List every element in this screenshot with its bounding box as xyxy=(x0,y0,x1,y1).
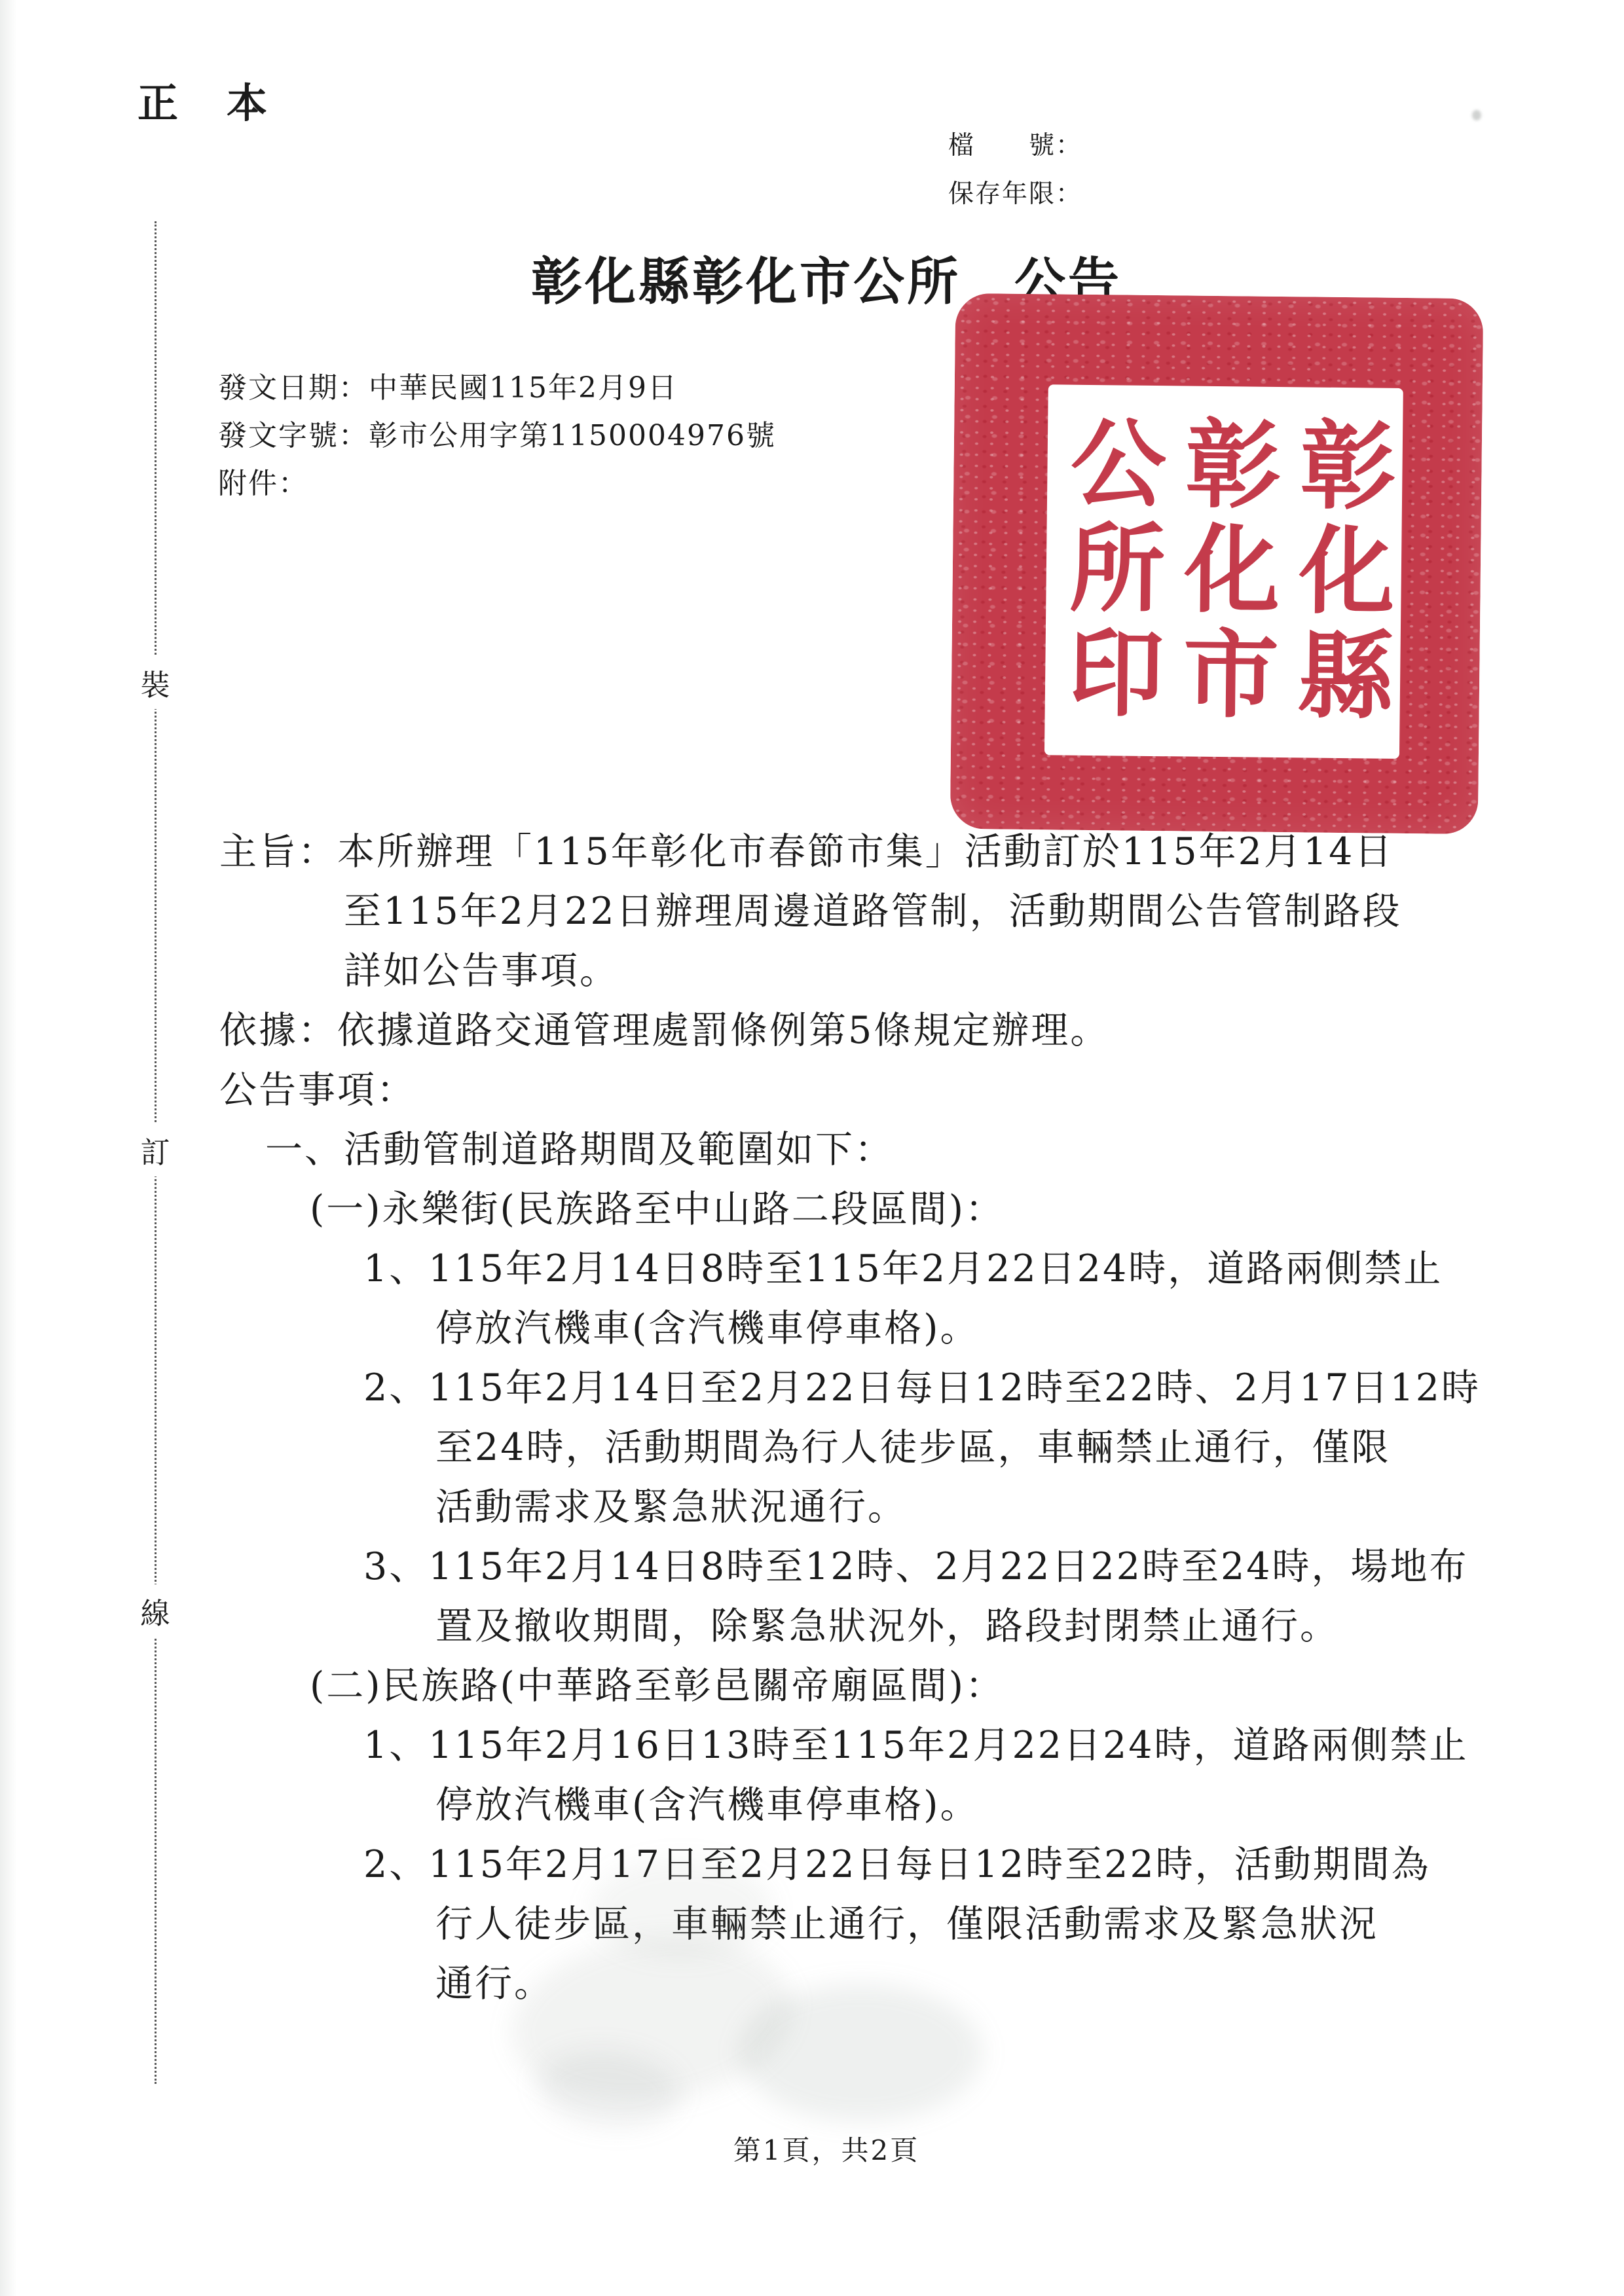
body-line: 2、115年2月17日至2月22日每日12時至22時，活動期間為 xyxy=(363,1835,1477,1895)
attachment-line: 附件： xyxy=(218,460,776,507)
body-line: 1、115年2月16日13時至115年2月22日24時，道路兩側禁止 xyxy=(363,1716,1477,1776)
seal-script-column: 公所印 xyxy=(1050,412,1168,728)
body-line: (二)民族路(中華路至彰邑關帝廟區間)： xyxy=(310,1656,1477,1716)
body-line: 一、活動管制道路期間及範圍如下： xyxy=(265,1120,1477,1180)
scan-edge-shadow xyxy=(0,0,17,2296)
official-red-seal: 彰化縣彰化市公所印 xyxy=(950,293,1484,834)
doc-number-line: 發文字號：彰市公用字第1150004976號 xyxy=(218,412,776,460)
body-line: 1、115年2月14日8時至115年2月22日24時，道路兩側禁止 xyxy=(363,1239,1477,1299)
copy-type-label: 正 本 xyxy=(138,71,271,129)
binding-dotted-line xyxy=(155,221,157,2084)
seal-script-column: 彰化縣 xyxy=(1280,415,1397,731)
retention-period-label: 保存年限： xyxy=(948,170,1082,219)
page-footer: 第1頁，共2頁 xyxy=(733,2129,919,2168)
body-line: 至24時，活動期間為行人徒步區，車輛禁止通行，僅限 xyxy=(435,1418,1477,1478)
body-line: 2、115年2月14日至2月22日每日12時至22時、2月17日12時 xyxy=(363,1358,1477,1418)
body-line: (一)永樂街(民族路至中山路二段區間)： xyxy=(310,1180,1477,1239)
body-line: 停放汽機車(含汽機車停車格)。 xyxy=(435,1299,1477,1358)
bleed-through-artifact xyxy=(589,1859,773,1958)
body-line: 停放汽機車(含汽機車停車格)。 xyxy=(435,1776,1477,1835)
file-number-label: 檔 號： xyxy=(948,122,1082,170)
file-number-block: 檔 號： 保存年限： xyxy=(948,122,1082,219)
body-line: 公告事項： xyxy=(219,1061,1477,1120)
issue-date-line: 發文日期：中華民國115年2月9日 xyxy=(218,364,776,412)
seal-inner-panel: 彰化縣彰化市公所印 xyxy=(1044,384,1403,759)
body-line: 詳如公告事項。 xyxy=(344,941,1477,1001)
body-line: 依據：依據道路交通管理處罰條例第5條規定辦理。 xyxy=(219,1001,1477,1061)
body-line: 活動需求及緊急狀況通行。 xyxy=(435,1478,1477,1537)
scan-speck xyxy=(1472,110,1481,120)
body-line: 3、115年2月14日8時至12時、2月22日22時至24時，場地布 xyxy=(363,1537,1477,1597)
meta-block: 發文日期：中華民國115年2月9日 發文字號：彰市公用字第1150004976號… xyxy=(218,364,776,507)
body-line: 至115年2月22日辦理周邊道路管制，活動期間公告管制路段 xyxy=(344,882,1477,941)
bleed-through-artifact xyxy=(740,1984,982,2121)
document-page: 正 本 檔 號： 保存年限： 彰化縣彰化市公所 公告 發文日期：中華民國115年… xyxy=(0,0,1624,2296)
body-line: 置及撤收期間，除緊急狀況外，路段封閉禁止通行。 xyxy=(435,1597,1477,1656)
body-text: 主旨：本所辦理「115年彰化市春節市集」活動訂於115年2月14日至115年2月… xyxy=(219,822,1477,2014)
body-line: 主旨：本所辦理「115年彰化市春節市集」活動訂於115年2月14日 xyxy=(219,822,1477,882)
seal-script-column: 彰化市 xyxy=(1165,414,1283,729)
